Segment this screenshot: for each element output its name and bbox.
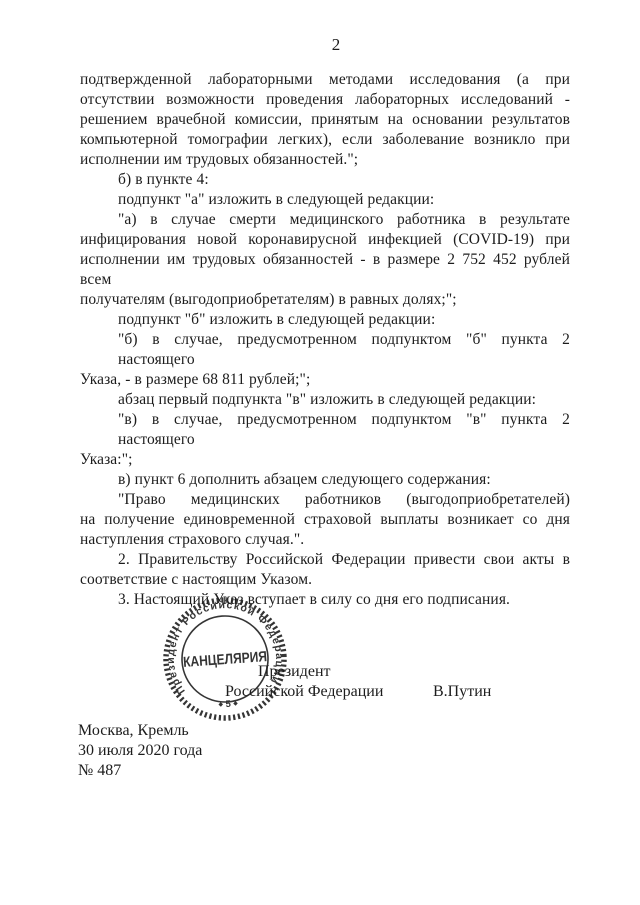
signature-title-line2: Российской Федерации — [225, 682, 383, 702]
text-line: подтвержденной лабораторными методами ис… — [80, 70, 570, 90]
text-line: 3. Настоящий Указ вступает в силу со дня… — [80, 590, 570, 610]
footer-date: 30 июля 2020 года — [78, 741, 202, 761]
signature-title-line1: Президент — [258, 662, 331, 682]
stamp-center-text: КАНЦЕЛЯРИЯ — [183, 649, 268, 671]
text-line: подпункт "а" изложить в следующей редакц… — [80, 190, 570, 210]
text-line: "Право медицинских работников (выгодопри… — [80, 490, 570, 510]
footer-block: Москва, Кремль 30 июля 2020 года № 487 — [78, 721, 202, 781]
signature-name: В.Путин — [433, 682, 491, 702]
text-line: решением врачебной комиссии, принятым на… — [80, 110, 570, 130]
text-line: исполнении им трудовых обязанностей - в … — [80, 250, 570, 290]
text-line: в) пункт 6 дополнить абзацем следующего … — [80, 470, 570, 490]
text-line: получателям (выгодоприобретателям) в рав… — [80, 290, 570, 310]
page-number: 2 — [0, 35, 640, 55]
text-line: соответствие с настоящим Указом. — [80, 570, 570, 590]
text-line: Указа:"; — [80, 450, 570, 470]
chancellery-stamp: Президент Российской Федерации КАНЦЕЛЯРИ… — [161, 595, 289, 723]
text-line: компьютерной томографии легких), если за… — [80, 130, 570, 150]
text-line: б) в пункте 4: — [80, 170, 570, 190]
scanned-document-page: 2 подтвержденной лабораторными методами … — [0, 0, 640, 905]
text-line: инфицирования новой коронавирусной инфек… — [80, 230, 570, 250]
text-line: "б) в случае, предусмотренном подпунктом… — [80, 330, 570, 370]
text-line: "а) в случае смерти медицинского работни… — [80, 210, 570, 230]
text-line: наступления страхового случая.". — [80, 530, 570, 550]
text-line: исполнении им трудовых обязанностей."; — [80, 150, 570, 170]
document-body: подтвержденной лабораторными методами ис… — [80, 70, 570, 610]
text-line: 2. Правительству Российской Федерации пр… — [80, 550, 570, 570]
text-line: Указа, - в размере 68 811 рублей;"; — [80, 370, 570, 390]
text-line: на получение единовременной страховой вы… — [80, 510, 570, 530]
footer-place: Москва, Кремль — [78, 721, 202, 741]
text-line: "в) в случае, предусмотренном подпунктом… — [80, 410, 570, 450]
footer-number: № 487 — [78, 761, 202, 781]
text-line: подпункт "б" изложить в следующей редакц… — [80, 310, 570, 330]
text-line: абзац первый подпункта "в" изложить в сл… — [80, 390, 570, 410]
text-line: отсутствии возможности проведения лабора… — [80, 90, 570, 110]
